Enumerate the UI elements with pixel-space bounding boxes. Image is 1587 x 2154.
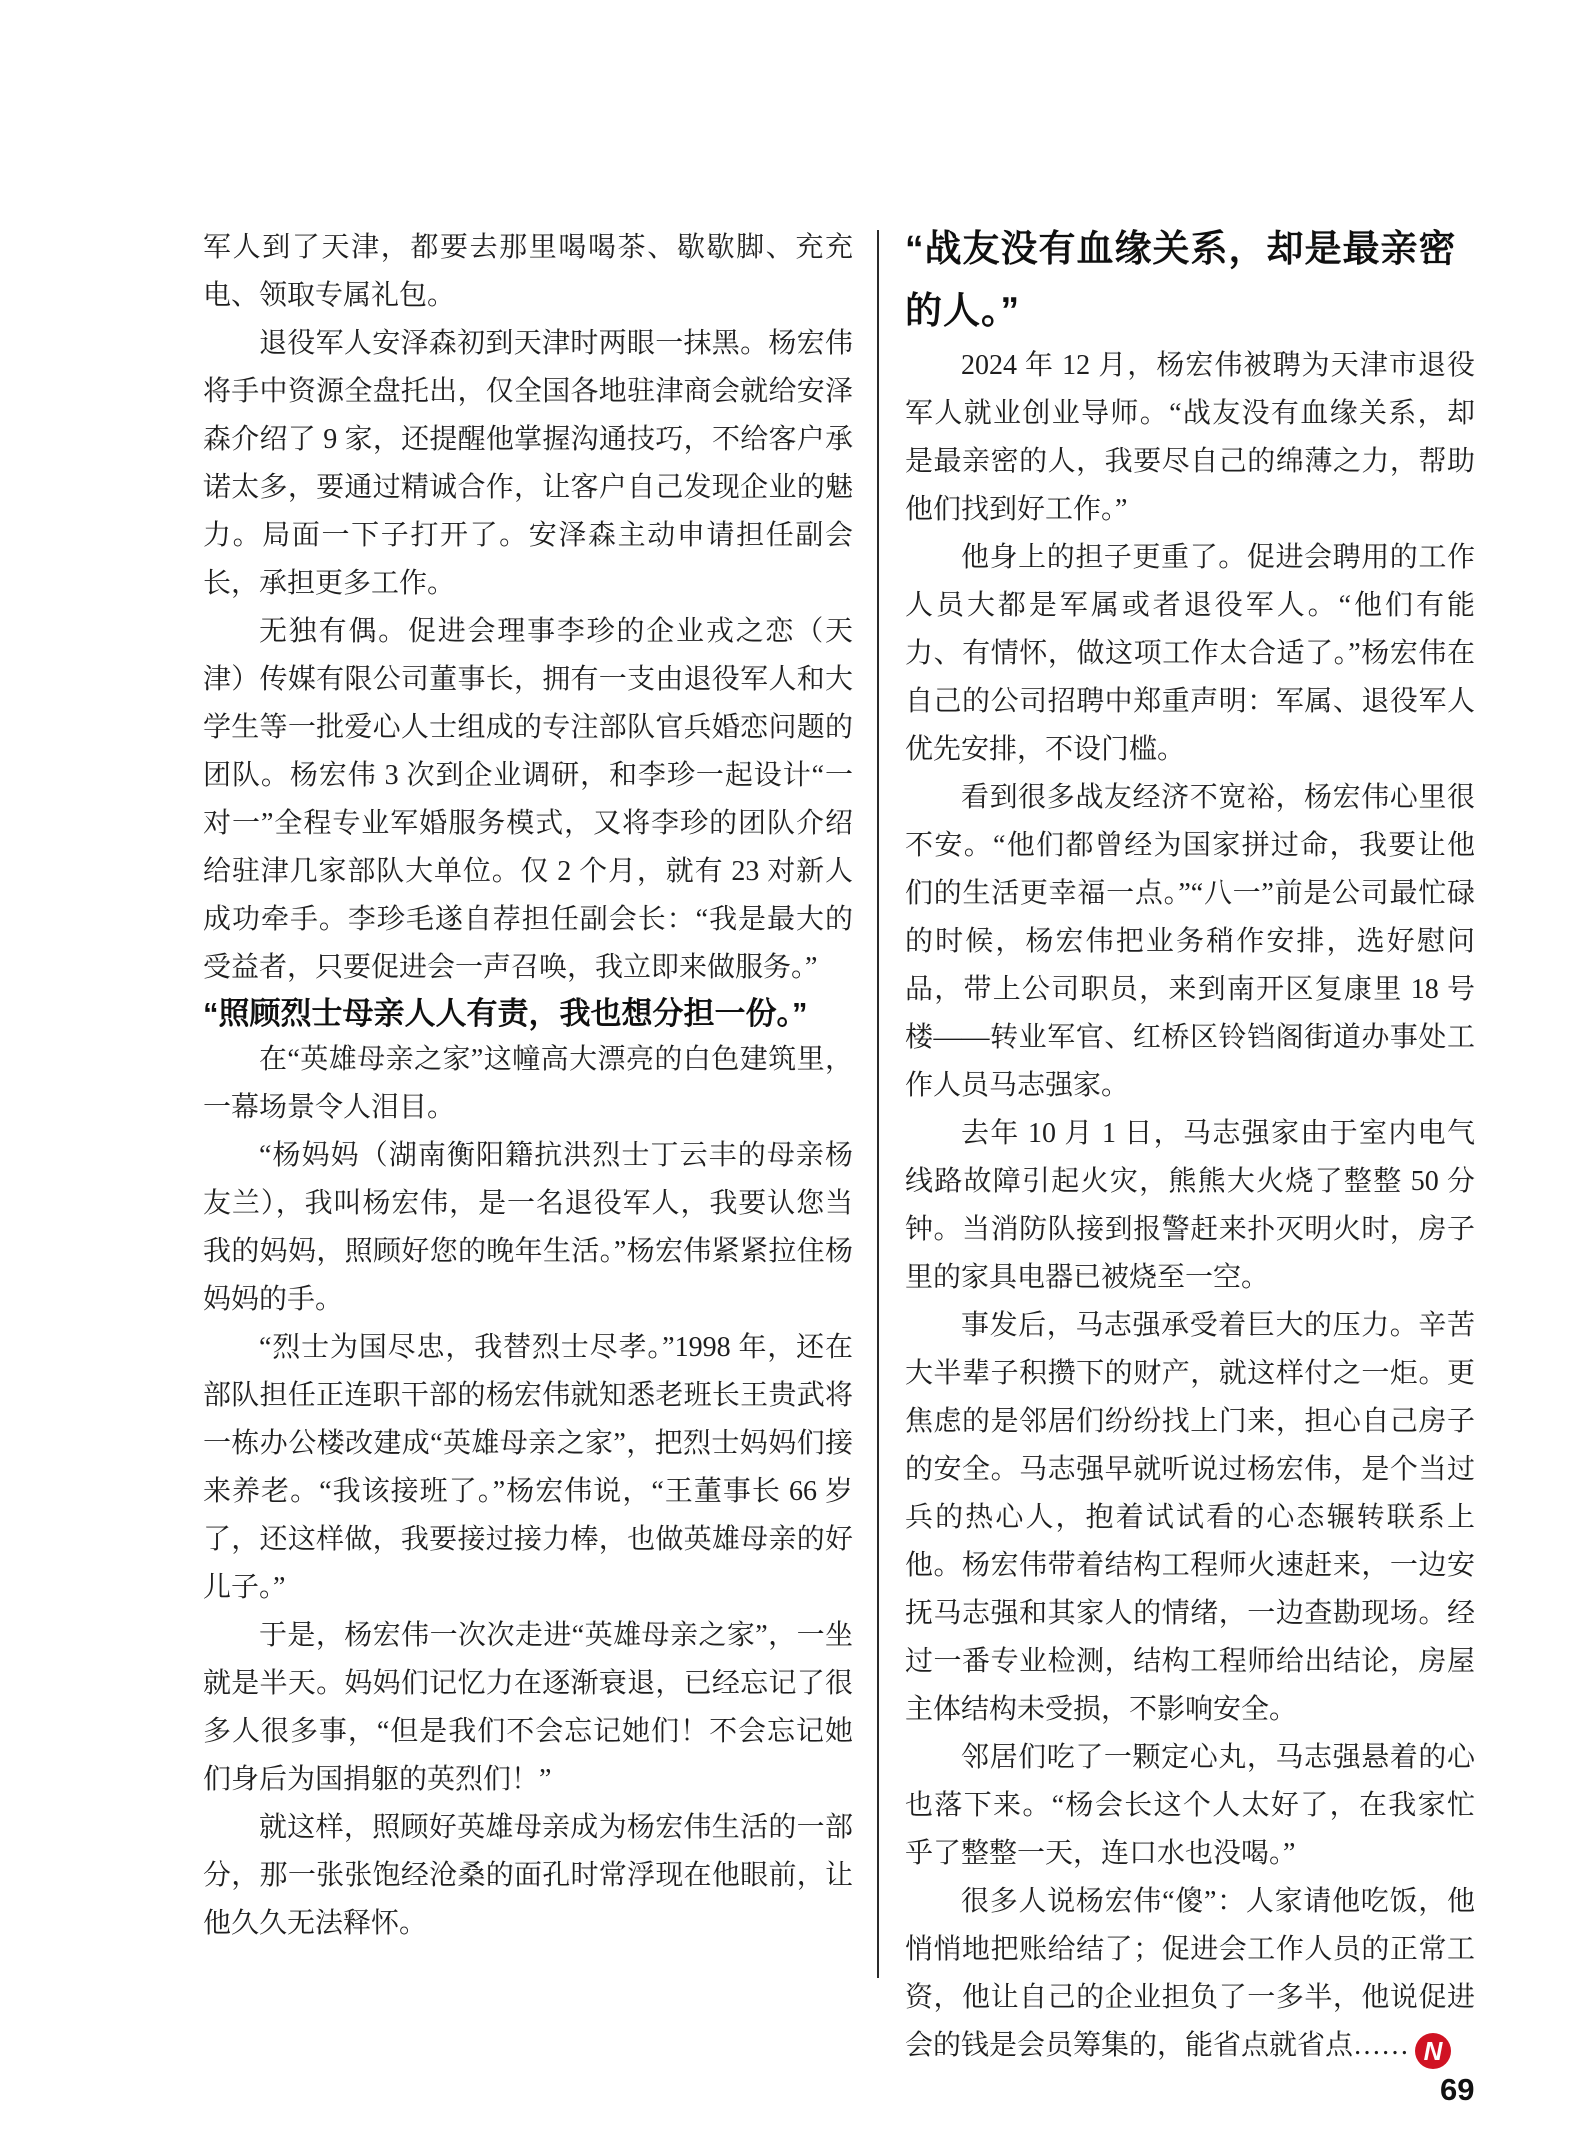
paragraph: 很多人说杨宏伟“傻”：人家请他吃饭，他悄悄地把账给结了；促进会工作人员的正常工资… (905, 1878, 1475, 2070)
magazine-page: 军人到了天津，都要去那里喝喝茶、歇歇脚、充充电、领取专属礼包。 退役军人安泽森初… (0, 0, 1587, 2154)
left-column: 军人到了天津，都要去那里喝喝茶、歇歇脚、充充电、领取专属礼包。 退役军人安泽森初… (203, 224, 853, 1948)
paragraph-text: 很多人说杨宏伟“傻”：人家请他吃饭，他悄悄地把账给结了；促进会工作人员的正常工资… (905, 1886, 1475, 2061)
paragraph: 他身上的担子更重了。促进会聘用的工作人员大都是军属或者退役军人。“他们有能力、有… (905, 534, 1475, 774)
paragraph: “烈士为国尽忠，我替烈士尽孝。”1998 年，还在部队担任正连职干部的杨宏伟就知… (203, 1324, 853, 1612)
right-column: “战友没有血缘关系，却是最亲密的人。” 2024 年 12 月，杨宏伟被聘为天津… (905, 218, 1475, 2070)
column-divider (877, 230, 879, 1978)
page-number: 69 (1440, 2072, 1474, 2108)
paragraph: 就这样，照顾好英雄母亲成为杨宏伟生活的一部分，那一张张饱经沧桑的面孔时常浮现在他… (203, 1804, 853, 1948)
paragraph: “杨妈妈（湖南衡阳籍抗洪烈士丁云丰的母亲杨友兰），我叫杨宏伟，是一名退役军人，我… (203, 1132, 853, 1324)
article-end-icon: N (1415, 2033, 1451, 2069)
section-heading-comrades: “战友没有血缘关系，却是最亲密的人。” (905, 218, 1475, 342)
paragraph: 于是，杨宏伟一次次走进“英雄母亲之家”，一坐就是半天。妈妈们记忆力在逐渐衰退，已… (203, 1612, 853, 1804)
paragraph: 军人到了天津，都要去那里喝喝茶、歇歇脚、充充电、领取专属礼包。 (203, 224, 853, 320)
paragraph: 去年 10 月 1 日，马志强家由于室内电气线路故障引起火灾，熊熊大火烧了整整 … (905, 1110, 1475, 1302)
paragraph: 退役军人安泽森初到天津时两眼一抹黑。杨宏伟将手中资源全盘托出，仅全国各地驻津商会… (203, 320, 853, 608)
paragraph: 邻居们吃了一颗定心丸，马志强悬着的心也落下来。“杨会长这个人太好了，在我家忙乎了… (905, 1734, 1475, 1878)
paragraph: 2024 年 12 月，杨宏伟被聘为天津市退役军人就业创业导师。“战友没有血缘关… (905, 342, 1475, 534)
paragraph: 在“英雄母亲之家”这幢高大漂亮的白色建筑里，一幕场景令人泪目。 (203, 1036, 853, 1132)
section-heading-mothers: “照顾烈士母亲人人有责，我也想分担一份。” (203, 992, 853, 1036)
paragraph: 事发后，马志强承受着巨大的压力。辛苦大半辈子积攒下的财产，就这样付之一炬。更焦虑… (905, 1302, 1475, 1734)
paragraph: 看到很多战友经济不宽裕，杨宏伟心里很不安。“他们都曾经为国家拼过命，我要让他们的… (905, 774, 1475, 1110)
paragraph: 无独有偶。促进会理事李珍的企业戎之恋（天津）传媒有限公司董事长，拥有一支由退役军… (203, 608, 853, 992)
